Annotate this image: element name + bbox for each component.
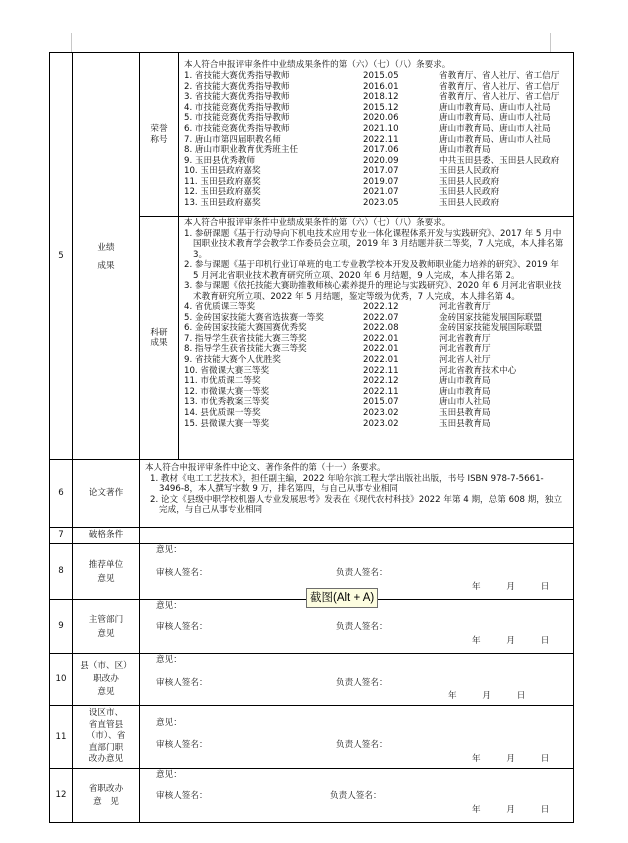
row-number: 7 [50,528,73,544]
list-item: 13. 市优秀教案三等奖2015.07唐山市人社局 [184,397,569,408]
sublabel-honors: 荣誉 称号 [140,53,179,217]
item-name: 7. 唐山市第四届职教名师 [184,135,281,146]
research-intro: 本人符合申报评审条件中业绩成果条件的第（六）（七）（八）条要求。 [184,218,569,229]
item-issuer: 中共玉田县委、玉田县人民政府 [439,156,559,167]
item-name: 15. 县微课大赛一等奖 [184,419,269,430]
item-date: 2022.01 [363,334,399,345]
list-item: 12. 市微课大赛一等奖2022.11唐山市教育局 [184,387,569,398]
date-label: 年 月 日 [448,691,525,702]
item-date: 2021.07 [363,187,399,198]
item-date: 2022.11 [363,135,399,146]
item-issuer: 省教育厅、省人社厅、省工信厅 [439,71,559,82]
row-10-county-opinion: 10 县（市、区） 职改办 意见 意见： 审核人签名： 负责人签名： 年 月 日 [50,654,574,706]
item-issuer: 河北省教育厅 [439,334,491,345]
leader-signature-label: 负责人签名： [330,791,382,802]
item-issuer: 玉田县教育局 [439,419,491,430]
item-issuer: 唐山市教育局、唐山市人社局 [439,103,551,114]
row-7-exceptional: 7 破格条件 [50,528,574,544]
list-item: 9. 省技能大赛个人优胜奖2022.01河北省人社厅 [184,355,569,366]
list-item: 10. 玉田县政府嘉奖2017.07玉田县人民政府 [184,166,569,177]
list-item: 11. 市优质课二等奖2022.12唐山市教育局 [184,376,569,387]
list-item: 6. 金砖国家技能大赛国赛优秀奖2022.08金砖国家技能发展国际联盟 [184,323,569,334]
item-name: 10. 玉田县政府嘉奖 [184,166,261,177]
item-name: 13. 市优秀教案三等奖 [184,397,269,408]
exceptional-content [140,528,574,544]
list-item: 11. 玉田县政府嘉奖2019.07玉田县人民政府 [184,177,569,188]
item-date: 2017.06 [363,145,399,156]
margin-guide-right [550,33,551,52]
leader-signature-label: 负责人签名： [336,568,388,579]
opinion-cell[interactable]: 意见： 审核人签名： 负责人签名： 年 月 日 [140,769,574,823]
row-11-city-opinion: 11 设区市、 省直管县 （市）、省 直部门职 改办意见 意见： 审核人签名： … [50,706,574,769]
margin-guide-left [71,33,72,52]
list-item: 12. 玉田县政府嘉奖2021.07玉田县人民政府 [184,187,569,198]
row-number: 10 [50,654,73,706]
row-label-opinion: 主管部门 意见 [73,600,140,654]
reviewer-signature-label: 审核人签名： [156,791,208,802]
list-item: 6. 市技能竞赛优秀指导教师2021.10唐山市教育局、唐山市人社局 [184,124,569,135]
row-number: 9 [50,600,73,654]
opinion-label: 意见： [156,601,182,612]
item-name: 9. 玉田县优秀教师 [184,156,255,167]
item-issuer: 唐山市人社局 [439,397,491,408]
list-item: 13. 玉田县政府嘉奖2023.05玉田县人民政府 [184,198,569,209]
row-number: 8 [50,544,73,600]
item-issuer: 玉田县人民政府 [439,166,499,177]
item-date: 2023.02 [363,408,399,419]
item-name: 1. 省技能大赛优秀指导教师 [184,71,289,82]
row-number: 11 [50,706,73,769]
item-date: 2015.05 [363,71,399,82]
date-label: 年 月 日 [472,636,549,647]
item-issuer: 省教育厅、省人社厅、省工信厅 [439,92,559,103]
research-project: 3. 参与课题《依托技能大赛助推教师核心素养提升的理论与实践研究》、2020 年… [184,281,569,302]
list-item: 10. 省微课大赛三等奖2022.11河北省教育技术中心 [184,366,569,377]
opinion-cell[interactable]: 意见： 审核人签名： 负责人签名： 年 月 日 [140,654,574,706]
row-number: 6 [50,460,73,528]
item-issuer: 玉田县人民政府 [439,198,499,209]
item-name: 12. 玉田县政府嘉奖 [184,187,261,198]
row-12-province-opinion: 12 省职改办 意 见 意见： 审核人签名： 负责人签名： 年 月 日 [50,769,574,823]
date-label: 年 月 日 [472,582,549,593]
opinion-label: 意见： [156,718,182,729]
item-name: 2. 省技能大赛优秀指导教师 [184,82,289,93]
row-5-honors: 5 业绩 成果 荣誉 称号 本人符合申报评审条件中业绩成果条件的第（六）（七）（… [50,53,574,217]
item-date: 2022.07 [363,313,399,324]
item-date: 2018.12 [363,92,399,103]
opinion-label: 意见： [156,545,182,556]
row-label-opinion: 推荐单位 意见 [73,544,140,600]
item-name: 8. 唐山市职业教育优秀班主任 [184,145,298,156]
item-name: 5. 金砖国家技能大赛省选拔赛一等奖 [184,313,324,324]
item-date: 2015.12 [363,103,399,114]
item-issuer: 唐山市教育局、唐山市人社局 [439,124,551,135]
list-item: 8. 唐山市职业教育优秀班主任2017.06唐山市教育局 [184,145,569,156]
item-issuer: 金砖国家技能发展国际联盟 [439,323,542,334]
item-name: 13. 玉田县政府嘉奖 [184,198,261,209]
item-date: 2023.02 [363,419,399,430]
item-issuer: 玉田县教育局 [439,408,491,419]
item-date: 2022.11 [363,366,399,377]
reviewer-signature-label: 审核人签名： [156,568,208,579]
item-issuer: 玉田县人民政府 [439,177,499,188]
item-date: 2022.08 [363,323,399,334]
paper-item: 1. 教材《电工工艺技术》，担任副主编，2022 年哈尔滨工程大学出版社出版，书… [145,474,569,495]
item-issuer: 唐山市教育局 [439,145,491,156]
list-item: 9. 玉田县优秀教师2020.09中共玉田县委、玉田县人民政府 [184,156,569,167]
item-name: 11. 市优质课二等奖 [184,376,261,387]
list-item: 14. 县优质课一等奖2023.02玉田县教育局 [184,408,569,419]
item-name: 11. 玉田县政府嘉奖 [184,177,261,188]
item-issuer: 唐山市教育局 [439,387,491,398]
research-project: 1. 参研课题《基于行动导向下机电技术应用专业一体化课程体系开发与实践研究》、2… [184,229,569,261]
item-issuer: 唐山市教育局、唐山市人社局 [439,113,551,124]
item-date: 2015.07 [363,397,399,408]
item-date: 2022.11 [363,387,399,398]
item-name: 9. 省技能大赛个人优胜奖 [184,355,281,366]
opinion-label: 意见： [156,655,182,666]
item-date: 2017.07 [363,166,399,177]
item-issuer: 金砖国家技能发展国际联盟 [439,313,542,324]
item-date: 2016.01 [363,82,399,93]
item-name: 6. 市技能竞赛优秀指导教师 [184,124,289,135]
item-name: 12. 市微课大赛一等奖 [184,387,269,398]
item-date: 2020.09 [363,156,399,167]
row-label-opinion: 设区市、 省直管县 （市）、省 直部门职 改办意见 [73,706,140,769]
row-number: 12 [50,769,73,823]
date-label: 年 月 日 [472,805,549,816]
item-date: 2022.01 [363,355,399,366]
research-content: 本人符合申报评审条件中业绩成果条件的第（六）（七）（八）条要求。 1. 参研课题… [179,217,574,460]
opinion-cell[interactable]: 意见： 审核人签名： 负责人签名： 年 月 日 [140,706,574,769]
list-item: 2. 省技能大赛优秀指导教师2016.01省教育厅、省人社厅、省工信厅 [184,82,569,93]
honors-intro: 本人符合申报评审条件中业绩成果条件的第（六）（七）（八）条要求。 [184,60,569,71]
item-issuer: 河北省人社厅 [439,355,491,366]
row-label-exceptional: 破格条件 [73,528,140,544]
row-number: 5 [50,53,73,460]
list-item: 4. 省优质课三等奖2022.12河北省教育厅 [184,302,569,313]
list-item: 3. 省技能大赛优秀指导教师2018.12省教育厅、省人社厅、省工信厅 [184,92,569,103]
item-name: 7. 指导学生获省技能大赛三等奖 [184,334,307,345]
leader-signature-label: 负责人签名： [336,622,388,633]
papers-intro: 本人符合申报评审条件中论文、著作条件的第（十一）条要求。 [145,463,569,474]
item-issuer: 河北省教育厅 [439,302,491,313]
reviewer-signature-label: 审核人签名： [156,622,208,633]
item-date: 2023.05 [363,198,399,209]
list-item: 7. 指导学生获省技能大赛三等奖2022.01河北省教育厅 [184,334,569,345]
paper-item: 2. 论文《县级中职学校机器人专业发展思考》发表在《现代农村科技》2022 年第… [145,495,569,516]
row-label-opinion: 省职改办 意 见 [73,769,140,823]
reviewer-signature-label: 审核人签名： [156,678,208,689]
leader-signature-label: 负责人签名： [336,678,388,689]
list-item: 5. 金砖国家技能大赛省选拔赛一等奖2022.07金砖国家技能发展国际联盟 [184,313,569,324]
item-name: 4. 市技能竞赛优秀指导教师 [184,103,289,114]
row-label-achievements: 业绩 成果 [73,53,140,460]
research-project: 2. 参与课题《基于印机行业订单班的电工专业教学校本开发及教师职业能力培养的研究… [184,260,569,281]
date-label: 年 月 日 [472,754,549,765]
row-6-papers: 6 论文著作 本人符合申报评审条件中论文、著作条件的第（十一）条要求。 1. 教… [50,460,574,528]
item-issuer: 省教育厅、省人社厅、省工信厅 [439,82,559,93]
item-date: 2019.07 [363,177,399,188]
list-item: 15. 县微课大赛一等奖2023.02玉田县教育局 [184,419,569,430]
item-date: 2022.12 [363,302,399,313]
list-item: 5. 市技能竞赛优秀指导教师2020.06唐山市教育局、唐山市人社局 [184,113,569,124]
row-label-opinion: 县（市、区） 职改办 意见 [73,654,140,706]
item-name: 14. 县优质课一等奖 [184,408,261,419]
leader-signature-label: 负责人签名： [336,740,388,751]
honors-content: 本人符合申报评审条件中业绩成果条件的第（六）（七）（八）条要求。 1. 省技能大… [179,53,574,217]
screenshot-shortcut-tooltip: 截图(Alt + A) [306,588,378,608]
item-issuer: 河北省教育厅 [439,344,491,355]
item-issuer: 唐山市教育局、唐山市人社局 [439,135,551,146]
row-label-papers: 论文著作 [73,460,140,528]
opinion-label: 意见： [156,770,182,781]
list-item: 4. 市技能竞赛优秀指导教师2015.12唐山市教育局、唐山市人社局 [184,103,569,114]
list-item: 7. 唐山市第四届职教名师2022.11唐山市教育局、唐山市人社局 [184,135,569,146]
item-name: 5. 市技能竞赛优秀指导教师 [184,113,289,124]
item-date: 2022.01 [363,344,399,355]
list-item: 8. 指导学生获省技能大赛三等奖2022.01河北省教育厅 [184,344,569,355]
item-name: 6. 金砖国家技能大赛国赛优秀奖 [184,323,307,334]
papers-content: 本人符合申报评审条件中论文、著作条件的第（十一）条要求。 1. 教材《电工工艺技… [140,460,574,528]
item-date: 2020.06 [363,113,399,124]
item-name: 8. 指导学生获省技能大赛三等奖 [184,344,307,355]
list-item: 1. 省技能大赛优秀指导教师2015.05省教育厅、省人社厅、省工信厅 [184,71,569,82]
item-date: 2021.10 [363,124,399,135]
item-name: 10. 省微课大赛三等奖 [184,366,269,377]
item-issuer: 河北省教育技术中心 [439,366,516,377]
item-name: 4. 省优质课三等奖 [184,302,255,313]
item-issuer: 唐山市教育局 [439,376,491,387]
item-issuer: 玉田县人民政府 [439,187,499,198]
item-date: 2022.12 [363,376,399,387]
sublabel-research: 科研 成果 [140,217,179,460]
reviewer-signature-label: 审核人签名： [156,740,208,751]
item-name: 3. 省技能大赛优秀指导教师 [184,92,289,103]
application-form-table: 5 业绩 成果 荣誉 称号 本人符合申报评审条件中业绩成果条件的第（六）（七）（… [49,52,574,823]
